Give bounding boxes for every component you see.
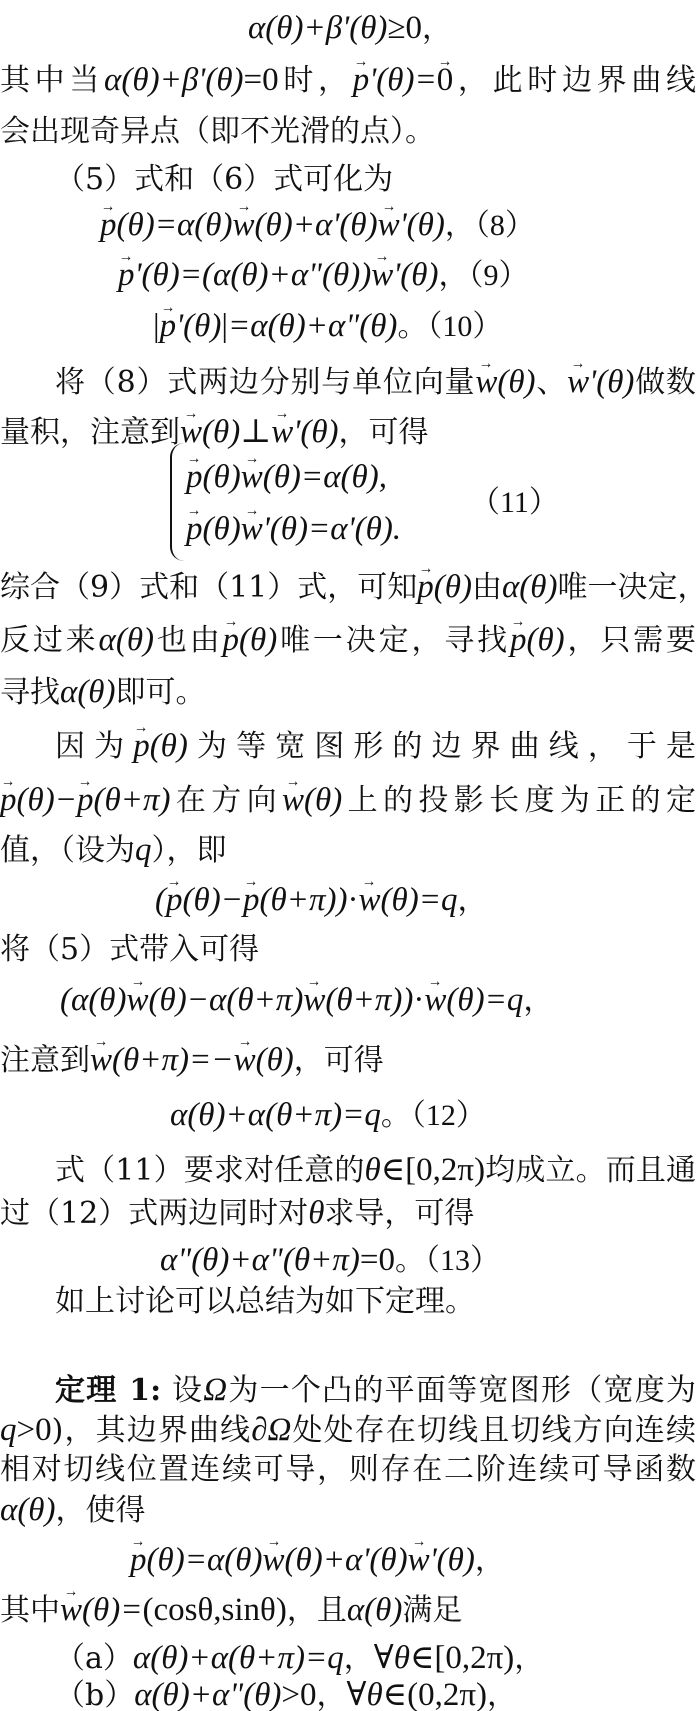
text-line: 式（11）要求对任意的θ∈[0,2π)均成立。而且通 [0, 1150, 700, 1191]
text-line: 因为p(θ)为等宽图形的边界曲线，于是 [0, 726, 700, 767]
system-row-1: p(θ)w(θ)=α(θ), [186, 457, 387, 497]
text-line: 如上讨论可以总结为如下定理。 [0, 1282, 700, 1322]
theorem-text-line: 相对切线位置连续可导，则存在二阶连续可导函数 [0, 1450, 700, 1490]
equation-projection: (p(θ)−p(θ+π))·w(θ)=q， [155, 880, 700, 921]
equation-substituted: (α(θ)w(θ)−α(θ+π)w(θ+π))·w(θ)=q， [60, 980, 700, 1021]
condition-a: （a）α(θ)+α(θ+π)=q，∀θ∈[0,2π)， [0, 1638, 700, 1679]
math-expr: α(θ)+β'(θ)≥0 [248, 10, 422, 46]
text-line: 注意到w(θ+π)=−w(θ)，可得 [0, 1040, 700, 1081]
equation-9: p'(θ)=(α(θ)+α"(θ))w'(θ)，（9） [118, 255, 700, 296]
theorem-text-line: α(θ)，使得 [0, 1490, 700, 1531]
text-line: 综合（9）式和（11）式，可知p(θ)由α(θ)唯一决定， [0, 567, 700, 608]
theorem-equation: p(θ)=α(θ)w(θ)+α'(θ)w'(θ)， [130, 1540, 700, 1581]
theorem-title: 定理 1: [55, 1373, 161, 1408]
equation-12: α(θ)+α(θ+π)=q。（12） [170, 1095, 700, 1136]
theorem-1-heading-line: 定理 1: 设Ω为一个凸的平面等宽图形（宽度为 [0, 1370, 700, 1411]
text-line: 其中当α(θ)+β'(θ)=0时，p'(θ)=0，此时边界曲线 [0, 60, 700, 101]
text-line: 反过来α(θ)也由p(θ)唯一决定，寻找p(θ)，只需要 [0, 620, 700, 661]
text-line: p(θ)−p(θ+π)在方向w(θ)上的投影长度为正的定 [0, 780, 700, 821]
equation-13: α"(θ)+α"(θ+π)=0。（13） [160, 1240, 700, 1281]
text-line: 会出现奇异点（即不光滑的点）。 [0, 112, 700, 152]
inequality-line: α(θ)+β'(θ)≥0， [0, 8, 700, 49]
text-line: 值，（设为q），即 [0, 830, 700, 871]
equation-number: （11） [470, 483, 559, 523]
text-line: 将（8）式两边分别与单位向量w(θ)、w'(θ)做数 [0, 362, 700, 403]
text-line: 寻找α(θ)即可。 [0, 672, 700, 713]
equation-10: |p'(θ)|=α(θ)+α"(θ)。（10） [153, 306, 700, 347]
theorem-text-line: q>0)，其边界曲线∂Ω处处存在切线且切线方向连续 [0, 1410, 700, 1451]
text-line: 过（12）式两边同时对θ求导，可得 [0, 1193, 700, 1234]
equation-8: p(θ)=α(θ)w(θ)+α'(θ)w'(θ)，（8） [100, 205, 700, 246]
theorem-text-line: 其中w(θ)=(cosθ,sinθ)，且α(θ)满足 [0, 1590, 700, 1631]
text-line: 量积，注意到w(θ)⊥w'(θ)，可得 [0, 412, 700, 453]
system-row-2: p(θ)w'(θ)=α'(θ). [186, 509, 401, 549]
text-line: 将（5）式带入可得 [0, 930, 700, 970]
condition-b: （b）α(θ)+α"(θ)>0，∀θ∈(0,2π)， [0, 1675, 700, 1711]
